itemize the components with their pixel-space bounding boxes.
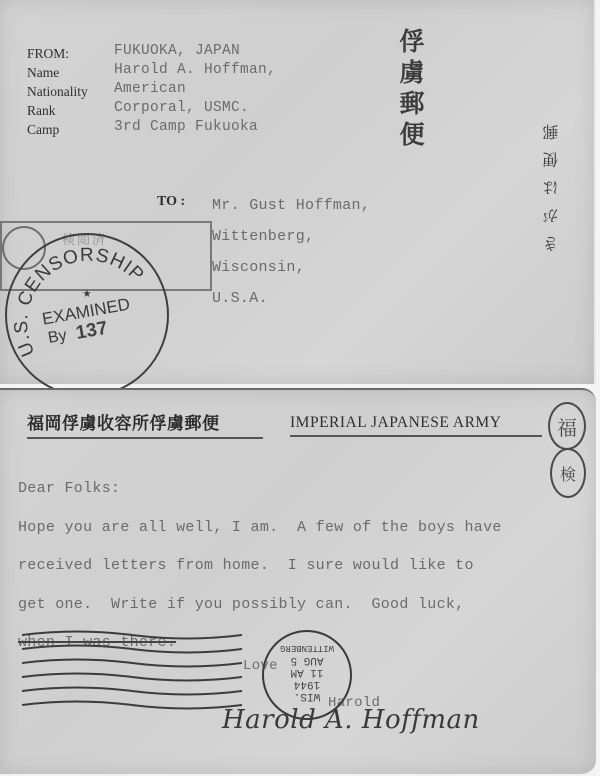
letter-line: Hope you are all well, I am. A few of th… [18,509,502,548]
recipient-city: Wittenberg, [212,221,370,252]
postcard-vertical-label: きがは便郵 [540,112,563,252]
postcard-address-side: FROM: Name Nationality Rank Camp FUKUOKA… [0,0,596,384]
recipient-state: Wisconsin, [212,252,370,283]
fukuoka-pow-camp-header: 福岡俘虜收容所俘虜郵便 [27,409,263,439]
us-censorship-stamp: U.S. CENSORSHIP ★ EXAMINED By 137 [5,233,169,397]
nationality-label: Nationality [27,82,88,101]
rank-label: Rank [27,101,88,120]
seal-character: 福 [550,412,584,441]
camp-label: Camp [27,120,88,139]
postmark-year: 1944 [264,678,350,690]
postmark-state: WIS. [264,690,350,702]
recipient-address: Mr. Gust Hoffman, Wittenberg, Wisconsin,… [212,190,370,314]
letter-line: received letters from home. I sure would… [18,547,502,586]
from-location: FUKUOKA, JAPAN [114,42,276,61]
handwritten-signature: Harold A. Hoffman [222,705,480,735]
examiner-number: 137 [74,318,109,344]
to-label: TO : [157,194,185,210]
seal-stamp-icon: 福 [548,402,586,450]
cancellation-wavy-lines-icon [22,630,242,720]
sender-name: Harold A. Hoffman, [114,61,276,80]
letter-line: get one. Write if you possibly can. Good… [18,586,502,625]
postmark-city: WITTENBERG [264,642,350,654]
recipient-country: U.S.A. [212,283,370,314]
sender-camp: 3rd Camp Fukuoka [114,118,276,137]
postmark-time: 11 AM [264,666,350,678]
sender-nationality: American [114,80,276,99]
from-label: FROM: [27,44,88,63]
by-label: By [47,327,68,347]
sender-rank: Corporal, USMC. [114,99,276,118]
star-icon: ★ [83,286,92,302]
postmark-date: AUG 5 [264,654,350,666]
from-labels: FROM: Name Nationality Rank Camp [27,44,88,139]
imperial-japanese-army-header: IMPERIAL JAPANESE ARMY [290,414,542,437]
pow-mail-vertical-title: 俘虜郵便 [392,28,428,152]
inspection-seal-icon: 検 [550,448,586,498]
censorship-stamp-icon: U.S. CENSORSHIP ★ EXAMINED By 137 [7,235,167,395]
recipient-name: Mr. Gust Hoffman, [212,190,370,221]
from-values: FUKUOKA, JAPAN Harold A. Hoffman, Americ… [114,42,276,137]
inspection-seal-character: 検 [552,462,584,485]
salutation: Dear Folks: [18,470,502,509]
name-label: Name [27,63,88,82]
